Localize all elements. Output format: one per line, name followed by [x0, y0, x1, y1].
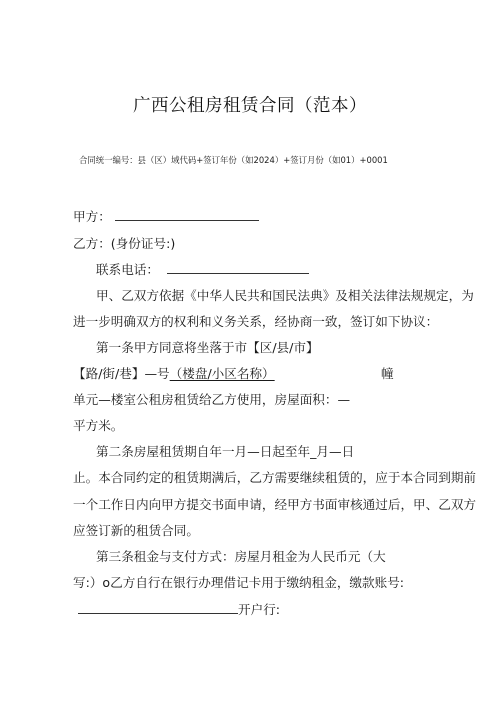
article1-line-1: 第一条甲方同意将坐落于市【区/县/市】 — [96, 337, 319, 356]
phone-label: 联系电话： — [96, 262, 159, 277]
article3-line-3: 开户行: — [78, 599, 280, 618]
account-number-blank — [78, 602, 238, 614]
article1-line-4: 平方米。 — [73, 415, 123, 434]
article1-line-2: 【路/街/巷】—号（楼盘/小区名称） — [73, 363, 403, 382]
address-road: 【路/街/巷】—号 — [73, 366, 170, 381]
party-a-label: 甲方： — [73, 209, 111, 224]
article2-line-2: 止。本合同约定的租赁期满后，乙方需要继续租赁的，应于本合同到期前 — [73, 467, 476, 486]
article2-line-3: 一个工作日内向甲方提交书面申请，经甲方书面审核通过后，甲、乙双方 — [73, 494, 476, 513]
preamble-line-1: 甲、乙双方依据《中华人民共和国民法典》及相关法律法规规定，为 — [96, 285, 474, 304]
preamble-line-2: 进一步明确双方的权利和义务关系，经协商一致，签订如下协议： — [73, 311, 438, 330]
article2-line-1: 第二条房屋租赁期自年一月—日起至年_月—日 — [96, 441, 354, 460]
bank-label: 开户行: — [238, 602, 280, 617]
document-page: 广西公租房租赁合同（范本） 合同统一编号：县（区）域代码+签订年份（如2024）… — [0, 0, 500, 707]
phone-blank — [167, 262, 309, 274]
article1-line-3: 单元—楼室公租房租赁给乙方使用，房屋面积：— — [73, 389, 350, 408]
document-title: 广西公租房租赁合同（范本） — [0, 92, 500, 117]
party-a-blank — [115, 209, 259, 221]
estate-name-field: （楼盘/小区名称） — [170, 366, 275, 381]
contract-code-note: 合同统一编号：县（区）域代码+签订年份（如2024）+签订月份（如01）+000… — [79, 154, 388, 166]
article2-line-4: 应签订新的租赁合同。 — [73, 520, 199, 539]
article3-line-2: 写:）o乙方自行在银行办理借记卡用于缴纳租金，缴款账号: — [73, 572, 404, 591]
party-a-line: 甲方： — [73, 206, 259, 225]
party-b-label: 乙方：(身份证号:) — [73, 233, 175, 252]
phone-line: 联系电话： — [96, 259, 309, 278]
article3-line-1: 第三条租金与支付方式：房屋月租金为人民币元（大 — [96, 546, 386, 565]
building-label: 幢 — [381, 363, 394, 382]
